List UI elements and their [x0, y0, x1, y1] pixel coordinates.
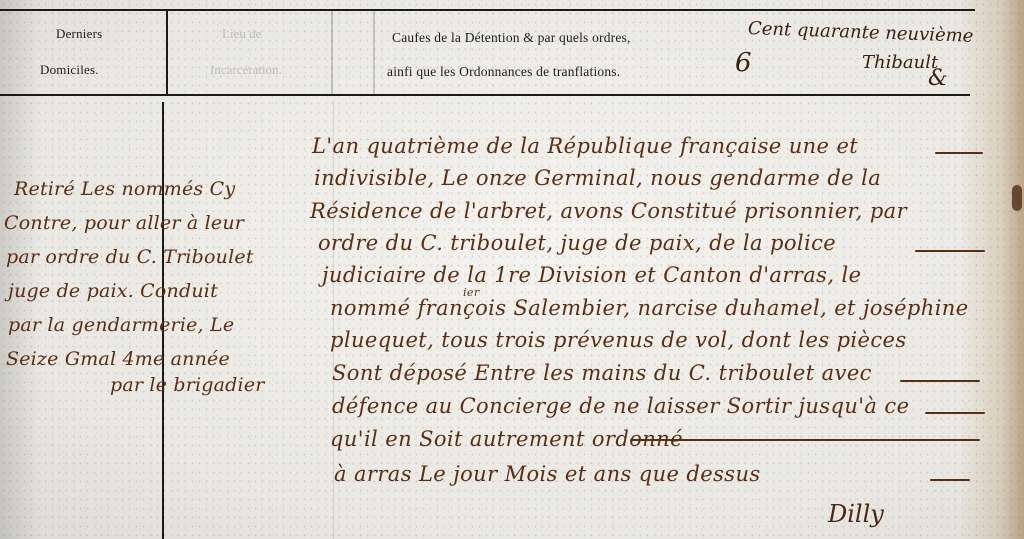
- faded-column-divider-2: [373, 10, 375, 95]
- entry-line-8: Sont déposé Entre les mains du C. tribou…: [332, 361, 872, 385]
- header-faded-line-2: Incarcération.: [210, 62, 282, 78]
- entry-line-2: indivisible, Le onze Germinal, nous gend…: [314, 166, 881, 190]
- line-end-flourish-5: [930, 479, 970, 481]
- header-bottom-rule: [0, 94, 970, 96]
- faded-column-divider-1: [331, 10, 333, 95]
- register-page: Derniers Domiciles. Lieu de Incarcératio…: [0, 0, 1024, 539]
- entry-line-11: à arras Le jour Mois et ans que dessus: [334, 462, 761, 486]
- entry-line-3: Résidence de l'arbret, avons Constitué p…: [310, 199, 907, 223]
- entry-line-7: pluequet, tous trois prévenus de vol, do…: [330, 328, 907, 352]
- header-top-rule: [0, 9, 975, 11]
- binding-ink-stain: [1012, 185, 1022, 211]
- entry-line-1: L'an quatrième de la République français…: [312, 134, 858, 158]
- line-end-flourish-1: [935, 152, 983, 154]
- line-end-flourish-2: [915, 250, 985, 252]
- header-domiciles-line-2: Domiciles.: [40, 62, 99, 78]
- entry-superscript: ier: [463, 286, 480, 299]
- header-faded-line-1: Lieu de: [222, 26, 261, 42]
- entry-line-5: judiciaire de la 1re Division et Canton …: [322, 263, 861, 287]
- margin-note-line-3: par ordre du C. Triboulet: [6, 246, 254, 268]
- header-domiciles-line-1: Derniers: [56, 26, 102, 42]
- margin-note-line-7: par le brigadier: [110, 374, 265, 396]
- margin-note-line-1: Retiré Les nommés Cy: [14, 178, 235, 200]
- entry-closing-rule: [630, 439, 980, 441]
- header-causes-line-1: Caufes de la Détention & par quels ordre…: [392, 30, 631, 46]
- handwritten-name-thibault: Thibault: [862, 52, 938, 73]
- entry-line-4: ordre du C. triboulet, juge de paix, de …: [318, 231, 836, 255]
- line-end-flourish-3: [900, 380, 980, 382]
- entry-line-6: nommé françois Salembier, narcise duhame…: [330, 296, 969, 320]
- entry-line-9: défence au Concierge de ne laisser Sorti…: [332, 394, 909, 418]
- handwritten-numeral: 6: [735, 48, 752, 78]
- header-causes-line-2: ainfi que les Ordonnances de tranflation…: [387, 64, 620, 80]
- margin-note-line-5: par la gendarmerie, Le: [8, 314, 234, 336]
- handwritten-mark: &: [928, 66, 948, 91]
- signature-dilly: Dilly: [828, 500, 884, 528]
- handwritten-register-number: Cent quarante neuvième: [748, 18, 974, 47]
- header-column-divider: [166, 10, 168, 95]
- margin-note-line-4: juge de paix. Conduit: [8, 280, 218, 302]
- margin-note-line-6: Seize Gmal 4me année: [6, 348, 230, 370]
- margin-note-line-2: Contre, pour aller à leur: [4, 212, 244, 234]
- line-end-flourish-4: [925, 412, 985, 414]
